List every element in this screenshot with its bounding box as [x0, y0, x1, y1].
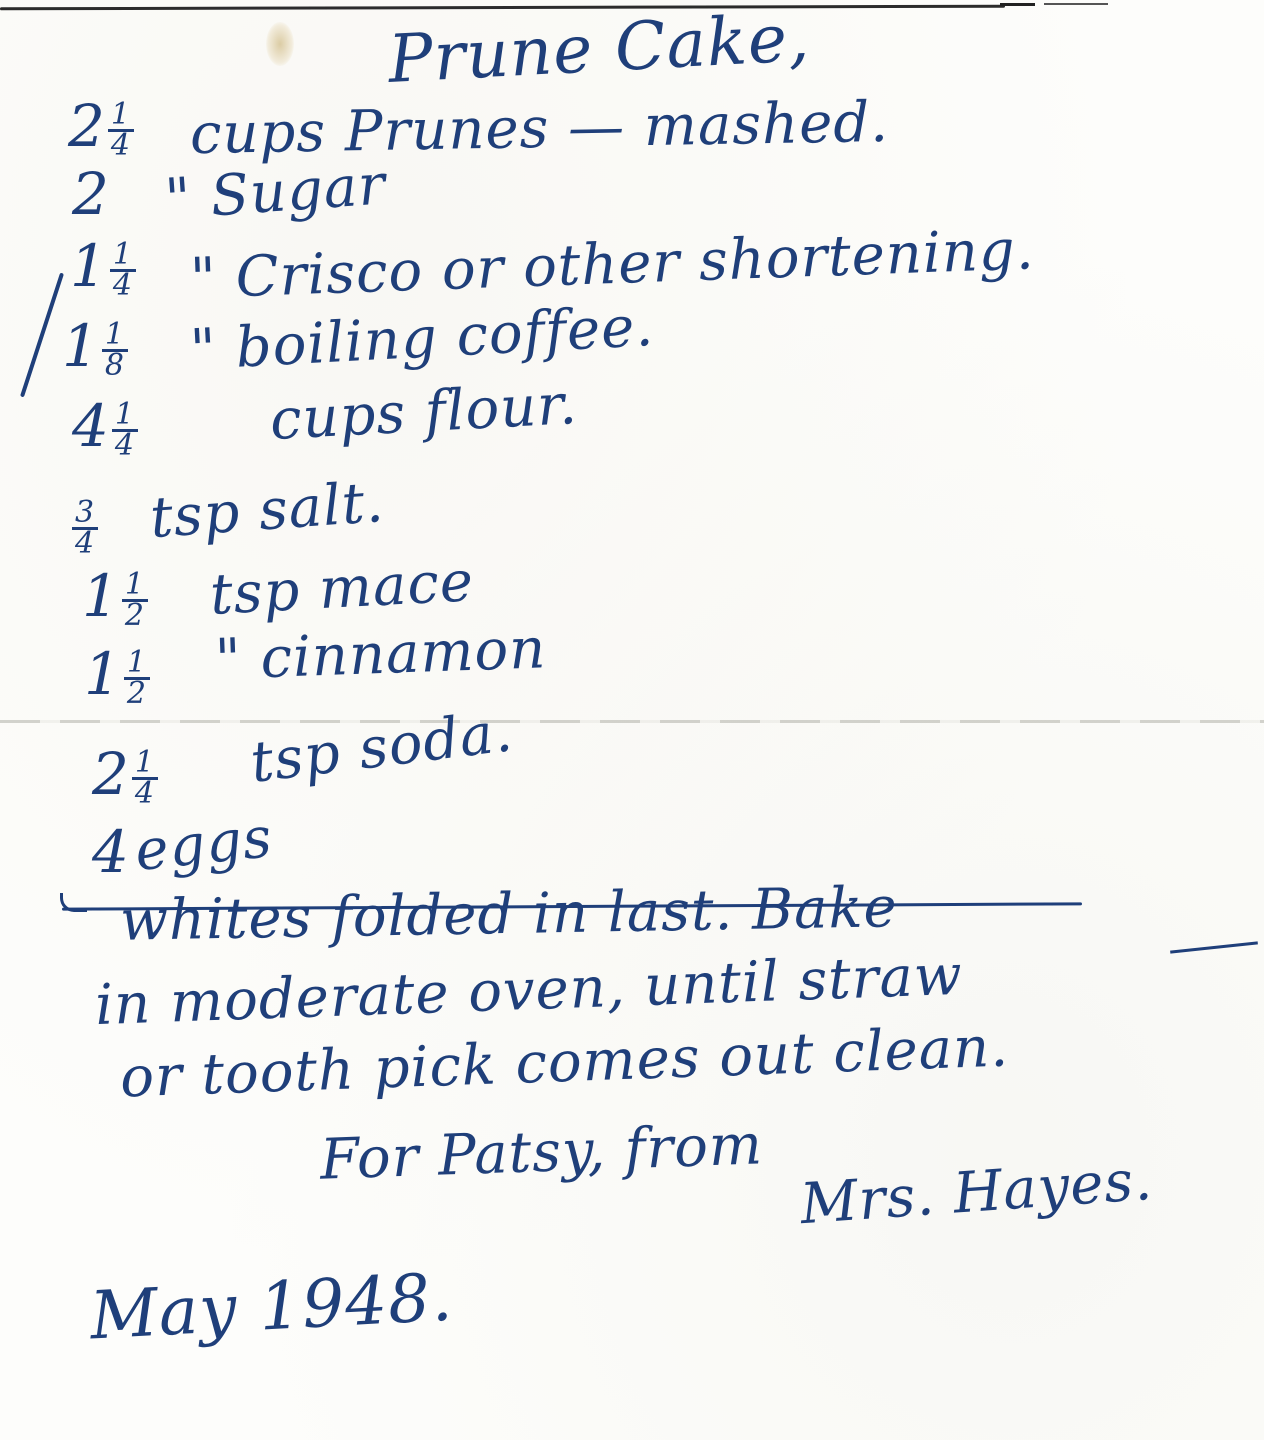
instruction-line: whites folded in last. Bake — [119, 875, 898, 954]
ingredient-qty: 118 — [62, 312, 128, 380]
ingredient-qty: 34 — [70, 490, 98, 558]
paper-fold-crease — [0, 720, 1264, 723]
ingredient-qty: 214 — [68, 92, 134, 160]
ingredient-qty: 114 — [70, 232, 136, 300]
ingredient-qty: 2 — [72, 160, 110, 228]
ingredient-text: " cinnamon — [214, 616, 547, 693]
ingredient-qty: 112 — [82, 562, 148, 630]
ingredient-qty: 112 — [84, 640, 150, 708]
ingredient-text: cups Prunes — mashed. — [189, 90, 889, 167]
ingredient-text: tsp mace — [208, 549, 475, 628]
paper-top-edge-segment — [1044, 3, 1108, 5]
ingredient-qty: 214 — [92, 740, 158, 808]
paper-top-edge-segment — [1000, 3, 1035, 6]
ingredient-qty: 4 — [92, 818, 130, 886]
ingredient-qty: 414 — [72, 392, 138, 460]
paper-stain — [266, 22, 294, 66]
